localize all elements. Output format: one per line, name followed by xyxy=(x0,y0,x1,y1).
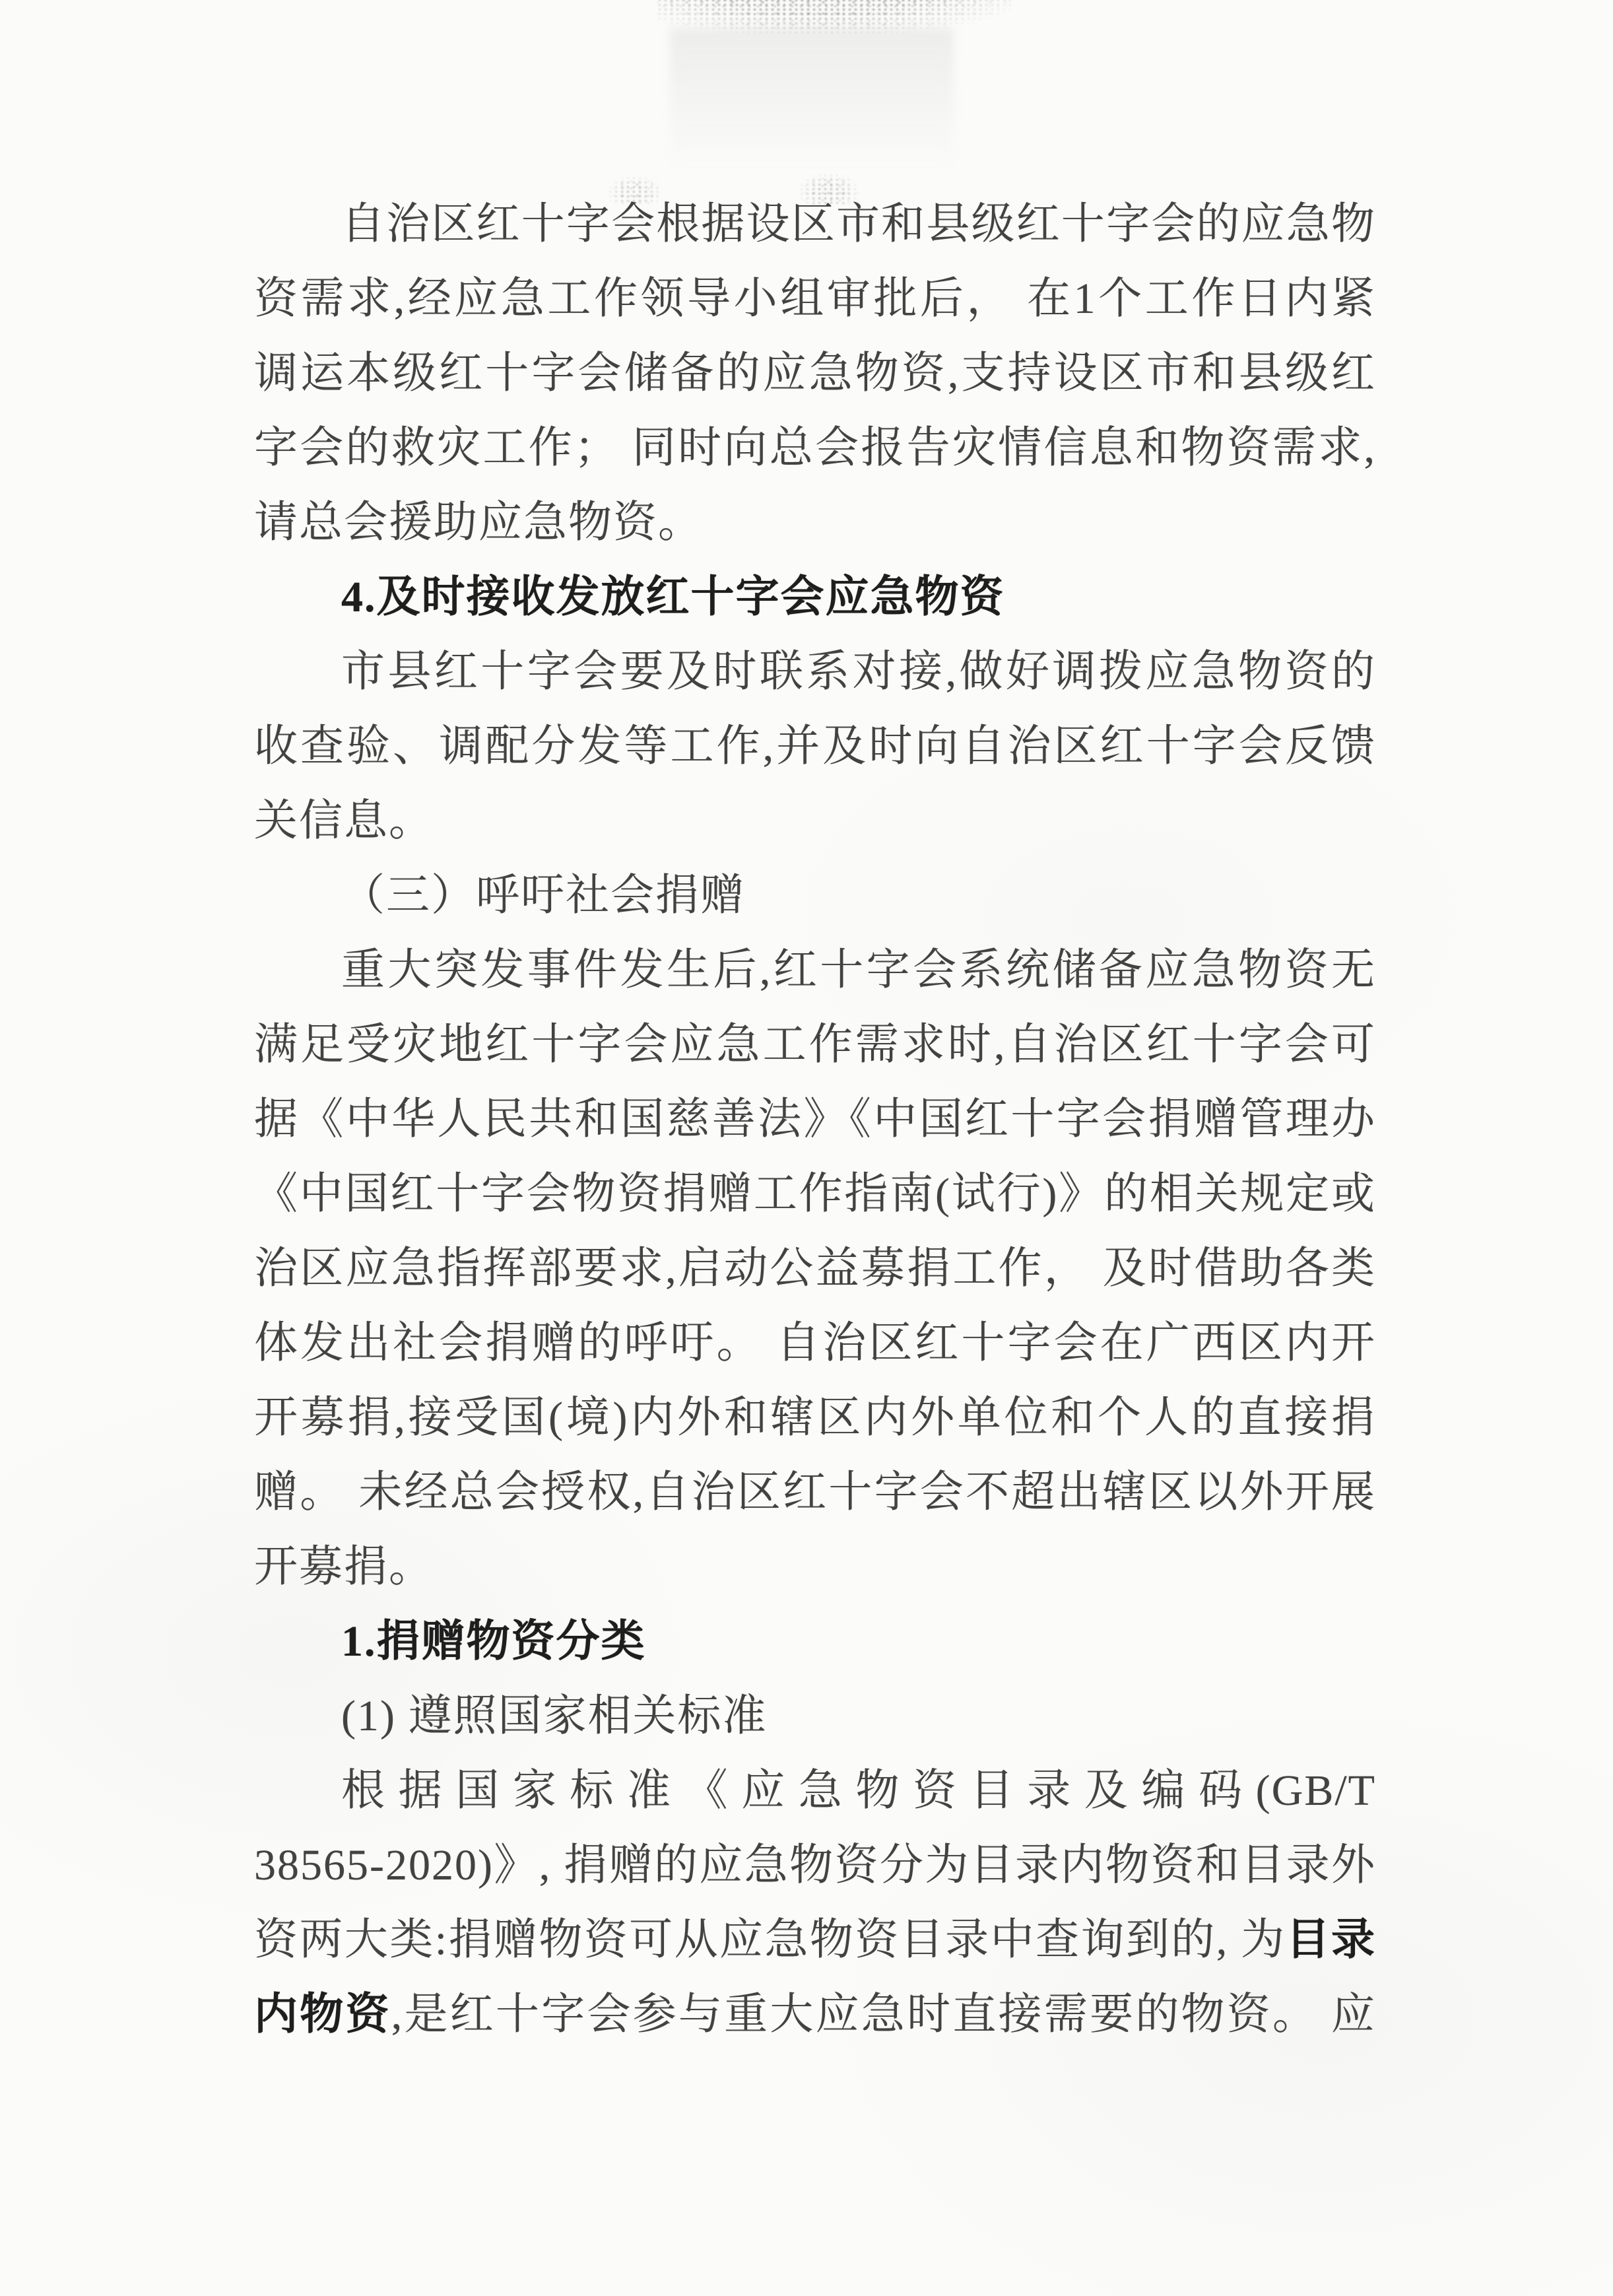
text-segment: 开募捐,接受国(境)内外和辖区内外单位和个人的直接捐 xyxy=(254,1394,1376,1442)
text-segment: 38565-2020)》, 捐赠的应急物资分为目录内物资和目录外物 xyxy=(254,1841,1376,1903)
text-line: 满足受灾地红十字会应急工作需求时,自治区红十字会可根 xyxy=(254,1007,1376,1082)
text-segment: 赠。 未经总会授权,自治区红十字会不超出辖区以外开展公 xyxy=(254,1468,1376,1530)
text-segment: 字会的救灾工作； 同时向总会报告灾情信息和物资需求,申 xyxy=(254,424,1376,485)
text-line: 关信息。 xyxy=(254,784,1376,858)
bold-text-segment: 4.及时接收发放红十字会应急物资 xyxy=(341,573,1005,621)
text-segment: (1) 遵照国家相关标准 xyxy=(341,1692,767,1740)
text-segment: 据《中华人民共和国慈善法》《中国红十字会捐赠管理办法》 xyxy=(254,1095,1376,1157)
text-line: 市县红十字会要及时联系对接,做好调拨应急物资的接 xyxy=(254,634,1376,709)
text-line: 自治区红十字会根据设区市和县级红十字会的应急物 xyxy=(254,187,1376,261)
text-segment: 根 据 国 家 标 准 《 应 急 物 资 目 录 及 编 码 (GB/T xyxy=(341,1767,1376,1815)
scan-haze xyxy=(670,28,954,170)
text-segment: 体发出社会捐赠的呼吁。 自治区红十字会在广西区内开展公 xyxy=(254,1319,1376,1380)
text-segment: 满足受灾地红十字会应急工作需求时,自治区红十字会可根 xyxy=(254,1021,1376,1082)
text-segment: 重大突发事件发生后,红十字会系统储备应急物资无法 xyxy=(341,946,1376,1007)
text-segment: 资需求,经应急工作领导小组审批后， 在1个工作日内紧急 xyxy=(254,275,1376,336)
text-segment: 关信息。 xyxy=(254,797,434,845)
text-line: 重大突发事件发生后,红十字会系统储备应急物资无法 xyxy=(254,933,1376,1007)
text-line: 治区应急指挥部要求,启动公益募捐工作， 及时借助各类媒 xyxy=(254,1231,1376,1306)
text-segment: 资两大类:捐赠物资可从应急物资目录中查询到的, 为 xyxy=(254,1916,1286,1964)
text-line: 4.及时接收发放红十字会应急物资 xyxy=(254,560,1376,634)
text-line: 赠。 未经总会授权,自治区红十字会不超出辖区以外开展公 xyxy=(254,1455,1376,1530)
text-line: 38565-2020)》, 捐赠的应急物资分为目录内物资和目录外物 xyxy=(254,1828,1376,1903)
text-line: 《中国红十字会物资捐赠工作指南(试行)》的相关规定或自 xyxy=(254,1157,1376,1231)
scanned-document-page: { "document": { "type": "scanned-officia… xyxy=(0,0,1613,2296)
bold-text-segment: 内物资 xyxy=(254,1990,391,2039)
text-line: 收查验、调配分发等工作,并及时向自治区红十字会反馈相 xyxy=(254,709,1376,784)
text-segment: （三）呼吁社会捐赠 xyxy=(341,871,745,920)
text-segment: 自治区红十字会根据设区市和县级红十字会的应急物 xyxy=(341,200,1376,248)
text-line: 根 据 国 家 标 准 《 应 急 物 资 目 录 及 编 码 (GB/T xyxy=(254,1753,1376,1828)
text-segment: 收查验、调配分发等工作,并及时向自治区红十字会反馈相 xyxy=(254,722,1376,784)
text-segment: 市县红十字会要及时联系对接,做好调拨应急物资的接 xyxy=(341,648,1376,709)
text-line: 资两大类:捐赠物资可从应急物资目录中查询到的, 为目录 xyxy=(254,1903,1376,1977)
text-line: 请总会援助应急物资。 xyxy=(254,485,1376,560)
page: 自治区红十字会根据设区市和县级红十字会的应急物资需求,经应急工作领导小组审批后，… xyxy=(0,0,1613,2296)
text-block: 自治区红十字会根据设区市和县级红十字会的应急物资需求,经应急工作领导小组审批后，… xyxy=(254,187,1376,2052)
text-segment: 请总会援助应急物资。 xyxy=(254,498,703,547)
text-segment: 治区应急指挥部要求,启动公益募捐工作， 及时借助各类媒 xyxy=(254,1244,1376,1306)
text-line: （三）呼吁社会捐赠 xyxy=(254,858,1376,933)
text-line: 1.捐赠物资分类 xyxy=(254,1604,1376,1679)
text-line: 据《中华人民共和国慈善法》《中国红十字会捐赠管理办法》 xyxy=(254,1082,1376,1157)
text-line: (1) 遵照国家相关标准 xyxy=(254,1679,1376,1753)
text-line: 资需求,经应急工作领导小组审批后， 在1个工作日内紧急 xyxy=(254,261,1376,336)
text-line: 调运本级红十字会储备的应急物资,支持设区市和县级红十 xyxy=(254,336,1376,411)
text-segment: ,是红十字会参与重大应急时直接需要的物资。 应急 xyxy=(254,1990,1376,2052)
text-line: 内物资,是红十字会参与重大应急时直接需要的物资。 应急 xyxy=(254,1977,1376,2052)
text-segment: 《中国红十字会物资捐赠工作指南(试行)》的相关规定或自 xyxy=(254,1170,1376,1231)
text-line: 字会的救灾工作； 同时向总会报告灾情信息和物资需求,申 xyxy=(254,411,1376,485)
bold-text-segment: 1.捐赠物资分类 xyxy=(341,1617,646,1666)
text-segment: 调运本级红十字会储备的应急物资,支持设区市和县级红十 xyxy=(254,349,1376,411)
text-line: 开募捐。 xyxy=(254,1530,1376,1604)
text-line: 体发出社会捐赠的呼吁。 自治区红十字会在广西区内开展公 xyxy=(254,1306,1376,1380)
text-segment: 开募捐。 xyxy=(254,1543,434,1591)
text-line: 开募捐,接受国(境)内外和辖区内外单位和个人的直接捐 xyxy=(254,1380,1376,1455)
bold-text-segment: 目录 xyxy=(1286,1916,1376,1964)
